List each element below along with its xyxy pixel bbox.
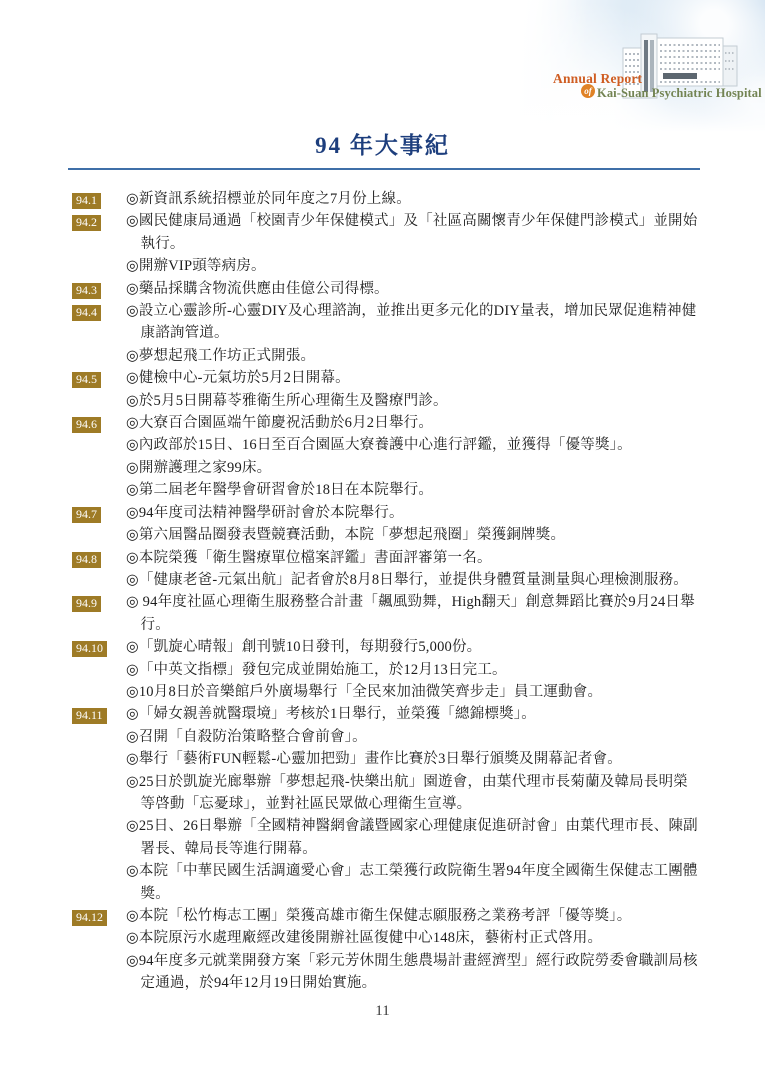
event-text-column: ◎健檢中心-元氣坊於5月2日開幕。◎於5月5日開幕苓雅衛生所心理衛生及醫療門診。 [126,367,700,412]
event-label-column: 94.2 [72,210,118,231]
event-date-badge: 94.11 [72,708,107,724]
event-text-column: ◎「凱旋心晴報」創刊號10日發刊，每期發行5,000份。◎「中英文指標」發包完成… [126,636,700,703]
event-text-column: ◎新資訊系統招標並於同年度之7月份上線。 [126,188,700,210]
report-page: 94 年大事紀 94.1◎新資訊系統招標並於同年度之7月份上線。94.2◎國民健… [0,0,765,995]
event-label-column: 94.4 [72,300,118,321]
title-divider [68,168,700,170]
event-date-badge: 94.9 [72,596,101,612]
event-item: ◎開辦護理之家99床。 [126,457,700,479]
event-text-column: ◎本院「松竹梅志工團」榮獲高雄市衛生保健志願服務之業務考評「優等獎」。◎本院原污… [126,905,700,995]
event-date-badge: 94.1 [72,193,101,209]
event-text-column: ◎藥品採購含物流供應由佳億公司得標。 [126,278,700,300]
event-text-column: ◎國民健康局通過「校園青少年保健模式」及「社區高關懷青少年保健門診模式」並開始執… [126,210,700,277]
event-item: ◎25日、26日舉辦「全國精神醫網會議暨國家心理健康促進研討會」由葉代理市長、陳… [126,815,700,860]
event-row: 94.8◎本院榮獲「衛生醫療單位檔案評鑑」書面評審第一名。◎「健康老爸-元氣出航… [72,547,700,592]
event-date-badge: 94.7 [72,507,101,523]
event-row: 94.3◎藥品採購含物流供應由佳億公司得標。 [72,278,700,300]
of-badge: of [581,84,595,98]
event-date-badge: 94.2 [72,215,101,231]
event-item: ◎健檢中心-元氣坊於5月2日開幕。 [126,367,700,389]
event-date-badge: 94.12 [72,910,107,926]
event-label-column: 94.3 [72,278,118,299]
event-item: ◎本院「松竹梅志工團」榮獲高雄市衛生保健志願服務之業務考評「優等獎」。 [126,905,700,927]
event-item: ◎10月8日於音樂館戶外廣場舉行「全民來加油微笑齊步走」員工運動會。 [126,681,700,703]
event-row: 94.4◎設立心靈診所-心靈DIY及心理諮詢，並推出更多元化的DIY量表，增加民… [72,300,700,367]
event-item: ◎國民健康局通過「校園青少年保健模式」及「社區高關懷青少年保健門診模式」並開始執… [126,210,700,255]
event-date-badge: 94.6 [72,417,101,433]
event-row: 94.2◎國民健康局通過「校園青少年保健模式」及「社區高關懷青少年保健門診模式」… [72,210,700,277]
event-row: 94.6◎大寮百合園區端午節慶祝活動於6月2日舉行。◎內政部於15日、16日至百… [72,412,700,502]
event-item: ◎「健康老爸-元氣出航」記者會於8月8日舉行，並提供身體質量測量與心理檢測服務。 [126,569,700,591]
event-label-column: 94.9 [72,591,118,612]
event-row: 94.10◎「凱旋心晴報」創刊號10日發刊，每期發行5,000份。◎「中英文指標… [72,636,700,703]
event-label-column: 94.12 [72,905,118,926]
event-item: ◎第六屆醫品圈發表暨競賽活動，本院「夢想起飛圈」榮獲銅牌獎。 [126,524,700,546]
event-item: ◎夢想起飛工作坊正式開張。 [126,345,700,367]
event-row: 94.9◎ 94年度社區心理衛生服務整合計畫「飆風勁舞，High翻天」創意舞蹈比… [72,591,700,636]
event-text-column: ◎ 94年度社區心理衛生服務整合計畫「飆風勁舞，High翻天」創意舞蹈比賽於9月… [126,591,700,636]
event-item: ◎大寮百合園區端午節慶祝活動於6月2日舉行。 [126,412,700,434]
event-row: 94.1◎新資訊系統招標並於同年度之7月份上線。 [72,188,700,210]
event-label-column: 94.6 [72,412,118,433]
event-date-badge: 94.5 [72,372,101,388]
event-item: ◎本院榮獲「衛生醫療單位檔案評鑑」書面評審第一名。 [126,547,700,569]
event-date-badge: 94.3 [72,283,101,299]
event-label-column: 94.8 [72,547,118,568]
event-item: ◎舉行「藝術FUN輕鬆-心靈加把勁」畫作比賽於3日舉行頒獎及開幕記者會。 [126,748,700,770]
event-text-column: ◎本院榮獲「衛生醫療單位檔案評鑑」書面評審第一名。◎「健康老爸-元氣出航」記者會… [126,547,700,592]
event-item: ◎「凱旋心晴報」創刊號10日發刊，每期發行5,000份。 [126,636,700,658]
event-date-badge: 94.4 [72,305,101,321]
events-list: 94.1◎新資訊系統招標並於同年度之7月份上線。94.2◎國民健康局通過「校園青… [72,188,700,995]
event-label-column: 94.11 [72,703,118,724]
event-item: ◎設立心靈診所-心靈DIY及心理諮詢，並推出更多元化的DIY量表，增加民眾促進精… [126,300,700,345]
event-row: 94.7◎94年度司法精神醫學研討會於本院舉行。◎第六屆醫品圈發表暨競賽活動，本… [72,502,700,547]
event-text-column: ◎設立心靈診所-心靈DIY及心理諮詢，並推出更多元化的DIY量表，增加民眾促進精… [126,300,700,367]
event-label-column: 94.5 [72,367,118,388]
event-item: ◎ 94年度社區心理衛生服務整合計畫「飆風勁舞，High翻天」創意舞蹈比賽於9月… [126,591,700,636]
event-row: 94.12◎本院「松竹梅志工團」榮獲高雄市衛生保健志願服務之業務考評「優等獎」。… [72,905,700,995]
page-number: 11 [0,1003,765,1020]
event-item: ◎內政部於15日、16日至百合園區大寮養護中心進行評鑑，並獲得「優等獎」。 [126,434,700,456]
event-item: ◎94年度司法精神醫學研討會於本院舉行。 [126,502,700,524]
hospital-name-text: Kai-Suan Psychiatric Hospital [597,86,762,101]
event-row: 94.11◎「婦女親善就醫環境」考核於1日舉行，並榮獲「總錦標獎」。◎召開「自殺… [72,703,700,905]
event-item: ◎藥品採購含物流供應由佳億公司得標。 [126,278,700,300]
event-label-column: 94.1 [72,188,118,209]
event-item: ◎25日於凱旋光廊舉辦「夢想起飛-快樂出航」園遊會，由葉代理市長菊蘭及韓局長明榮… [126,771,700,816]
page-title: 94 年大事紀 [0,131,765,161]
event-label-column: 94.10 [72,636,118,657]
event-item: ◎於5月5日開幕苓雅衛生所心理衛生及醫療門診。 [126,390,700,412]
event-item: ◎「中英文指標」發包完成並開始施工，於12月13日完工。 [126,659,700,681]
event-date-badge: 94.8 [72,552,101,568]
event-row: 94.5◎健檢中心-元氣坊於5月2日開幕。◎於5月5日開幕苓雅衛生所心理衛生及醫… [72,367,700,412]
event-item: ◎召開「自殺防治策略整合會前會」。 [126,726,700,748]
event-date-badge: 94.10 [72,641,107,657]
header-sky-clouds: Annual Report of Kai-Suan Psychiatric Ho… [513,0,765,132]
event-label-column: 94.7 [72,502,118,523]
event-item: ◎本院原污水處理廠經改建後開辦社區復健中心148床，藝術村正式啓用。 [126,927,700,949]
event-item: ◎94年度多元就業開發方案「彩元芳休閒生態農場計畫經濟型」經行政院勞委會職訓局核… [126,950,700,995]
event-item: ◎「婦女親善就醫環境」考核於1日舉行，並榮獲「總錦標獎」。 [126,703,700,725]
event-item: ◎本院「中華民國生活調適愛心會」志工榮獲行政院衛生署94年度全國衛生保健志工團體… [126,860,700,905]
annual-report-text: Annual Report [553,71,642,87]
event-item: ◎開辦VIP頭等病房。 [126,255,700,277]
event-text-column: ◎「婦女親善就醫環境」考核於1日舉行，並榮獲「總錦標獎」。◎召開「自殺防治策略整… [126,703,700,905]
event-text-column: ◎大寮百合園區端午節慶祝活動於6月2日舉行。◎內政部於15日、16日至百合園區大… [126,412,700,502]
event-item: ◎新資訊系統招標並於同年度之7月份上線。 [126,188,700,210]
event-item: ◎第二屆老年醫學會研習會於18日在本院舉行。 [126,479,700,501]
event-text-column: ◎94年度司法精神醫學研討會於本院舉行。◎第六屆醫品圈發表暨競賽活動，本院「夢想… [126,502,700,547]
